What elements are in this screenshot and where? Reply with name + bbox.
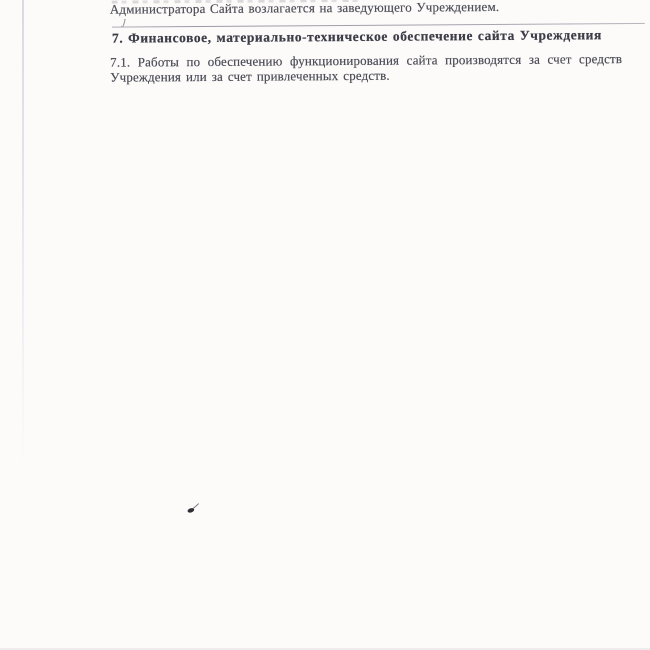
document-content: за выполнением обязанностей Администрато… — [0, 0, 650, 650]
intro-line: Администратора Сайта возлагается на заве… — [110, 0, 540, 17]
paragraph-7-1: 7.1. Работы по обеспечению функционирова… — [110, 52, 622, 85]
ink-speck — [186, 500, 204, 514]
scanned-document-page: за выполнением обязанностей Администрато… — [0, 0, 650, 650]
section-heading: 7. Финансовое, материально-техническое о… — [112, 27, 648, 46]
